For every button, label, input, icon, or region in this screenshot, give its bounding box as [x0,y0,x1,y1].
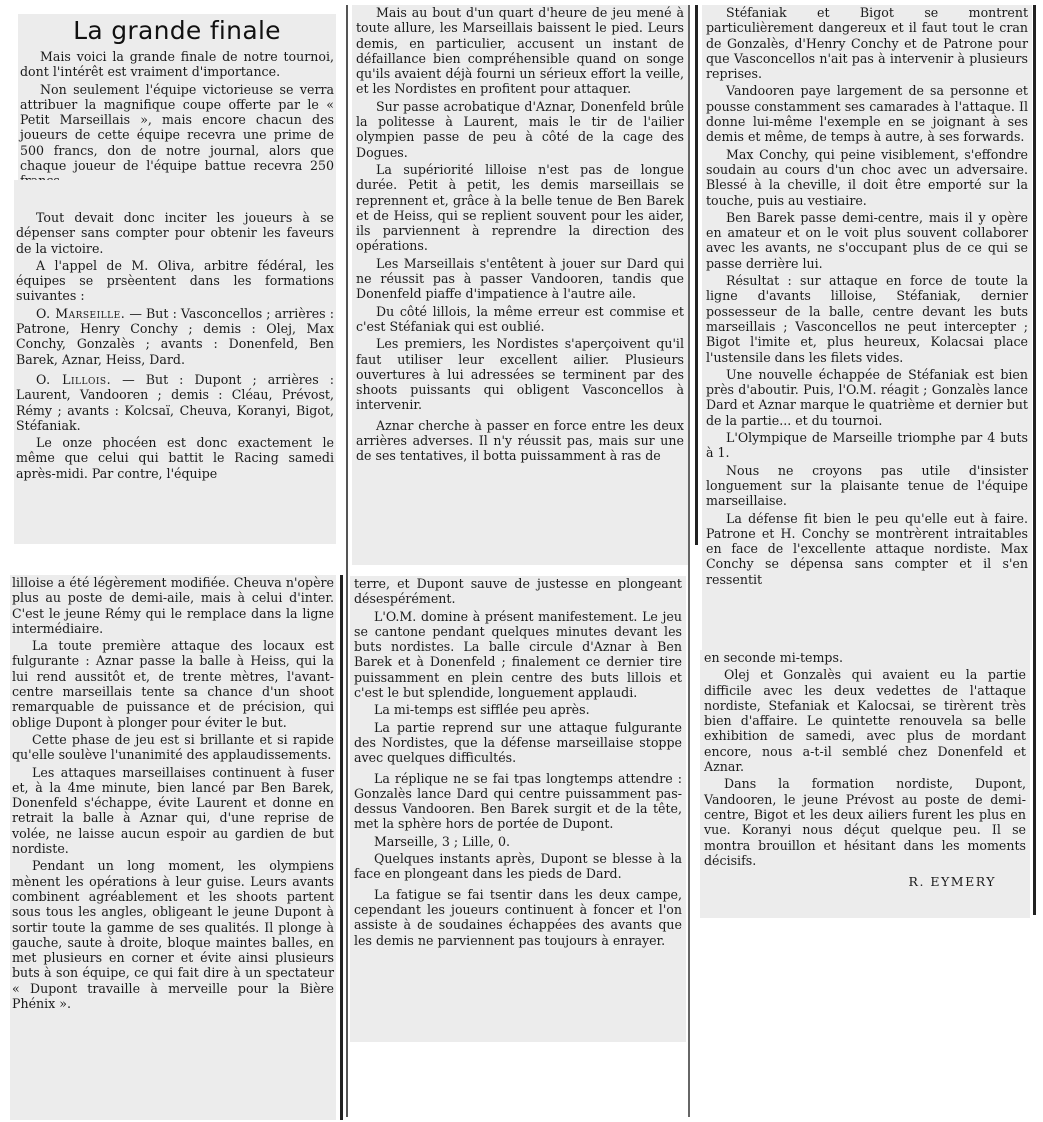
paragraph: Ben Barek passe demi-centre, mais il y o… [706,210,1028,271]
paragraph: Les Marseillais s'entêtent à jouer sur D… [356,256,684,302]
article-clip-col3-bottom: en seconde mi-temps. Olej et Gonzalès qu… [700,650,1030,918]
paragraph: Mais voici la grande finale de notre tou… [20,49,334,80]
article-clip-col1-mid: Tout devait donc inciter les joueurs à s… [14,180,336,544]
paragraph: La mi-temps est sifflée peu après. [354,702,682,717]
lineup-lille: O. Lillois. — But : Dupont ; arrières : … [16,372,334,433]
paragraph: Résultat : sur attaque en force de toute… [706,273,1028,365]
paragraph: La fatigue se fai tsentir dans les deux … [354,887,682,948]
author-signature: R. EYMERY [704,874,1026,889]
paragraph: La toute première attaque des locaux est… [12,638,334,730]
article-clip-col1-bottom: lilloise a été légèrement modifiée. Cheu… [10,575,336,1120]
paragraph: La défense fit bien le peu qu'elle eut à… [706,511,1028,587]
paragraph: Vandooren paye largement de sa personne … [706,83,1028,144]
article-clip-col2-bottom: terre, et Dupont sauve de justesse en pl… [350,576,686,1042]
column-rule [1033,5,1036,650]
paragraph: Aznar cherche à passer en force entre le… [356,418,684,464]
paragraph: Sur passe acrobatique d'Aznar, Donenfeld… [356,99,684,160]
paragraph: L'O.M. domine à présent manifestement. L… [354,609,682,701]
paragraph: Le onze phocéen est donc exactement le m… [16,435,334,481]
paragraph: Cette phase de jeu est si brillante et s… [12,732,334,763]
column-rule [688,5,690,1117]
paragraph: lilloise a été légèrement modifiée. Cheu… [12,575,334,636]
article-title: La grande finale [20,16,334,46]
paragraph: Quelques instants après, Dupont se bless… [354,851,682,882]
paragraph: Stéfaniak et Bigot se montrent particuli… [706,5,1028,81]
column-rule [346,5,348,1117]
paragraph: Tout devait donc inciter les joueurs à s… [16,210,334,256]
paragraph: Les premiers, les Nordistes s'aperçoiven… [356,336,684,412]
paragraph: Les attaques marseillaises continuent à … [12,765,334,857]
paragraph: Dans la formation nordiste, Dupont, Vand… [704,776,1026,868]
score-line: Marseille, 3 ; Lille, 0. [354,834,682,849]
paragraph: Non seulement l'équipe victorieuse se ve… [20,82,334,189]
paragraph: A l'appel de M. Oliva, arbitre fédéral, … [16,258,334,304]
lineup-marseille: O. Marseille. — But : Vasconcellos ; arr… [16,306,334,367]
team-name: O. Lillois. [36,372,111,387]
article-clip-col1-top: La grande finale Mais voici la grande fi… [18,14,336,190]
paragraph: Une nouvelle échappée de Stéfaniak est b… [706,367,1028,428]
paragraph: en seconde mi-temps. [704,650,1026,665]
article-clip-col3-top: Stéfaniak et Bigot se montrent particuli… [702,5,1032,650]
paragraph: La partie reprend sur une attaque fulgur… [354,720,682,766]
column-rule [340,575,343,1120]
article-clip-col2-top: Mais au bout d'un quart d'heure de jeu m… [352,5,688,565]
paragraph: L'Olympique de Marseille triomphe par 4 … [706,430,1028,461]
paragraph: terre, et Dupont sauve de justesse en pl… [354,576,682,607]
paragraph: La réplique ne se fai tpas longtemps att… [354,771,682,832]
blank-area [350,1042,686,1114]
column-rule [1033,650,1036,915]
paragraph: Olej et Gonzalès qui avaient eu la parti… [704,667,1026,774]
paragraph: Du côté lillois, la même erreur est comm… [356,304,684,335]
paragraph: Pendant un long moment, les olympiens mè… [12,858,334,1011]
paragraph: Max Conchy, qui peine visiblement, s'eff… [706,147,1028,208]
paragraph: Nous ne croyons pas utile d'insister lon… [706,463,1028,509]
paragraph: La supériorité lilloise n'est pas de lon… [356,162,684,254]
column-rule [695,5,698,545]
team-name: O. Marseille. [36,306,125,321]
paragraph: Mais au bout d'un quart d'heure de jeu m… [356,5,684,97]
